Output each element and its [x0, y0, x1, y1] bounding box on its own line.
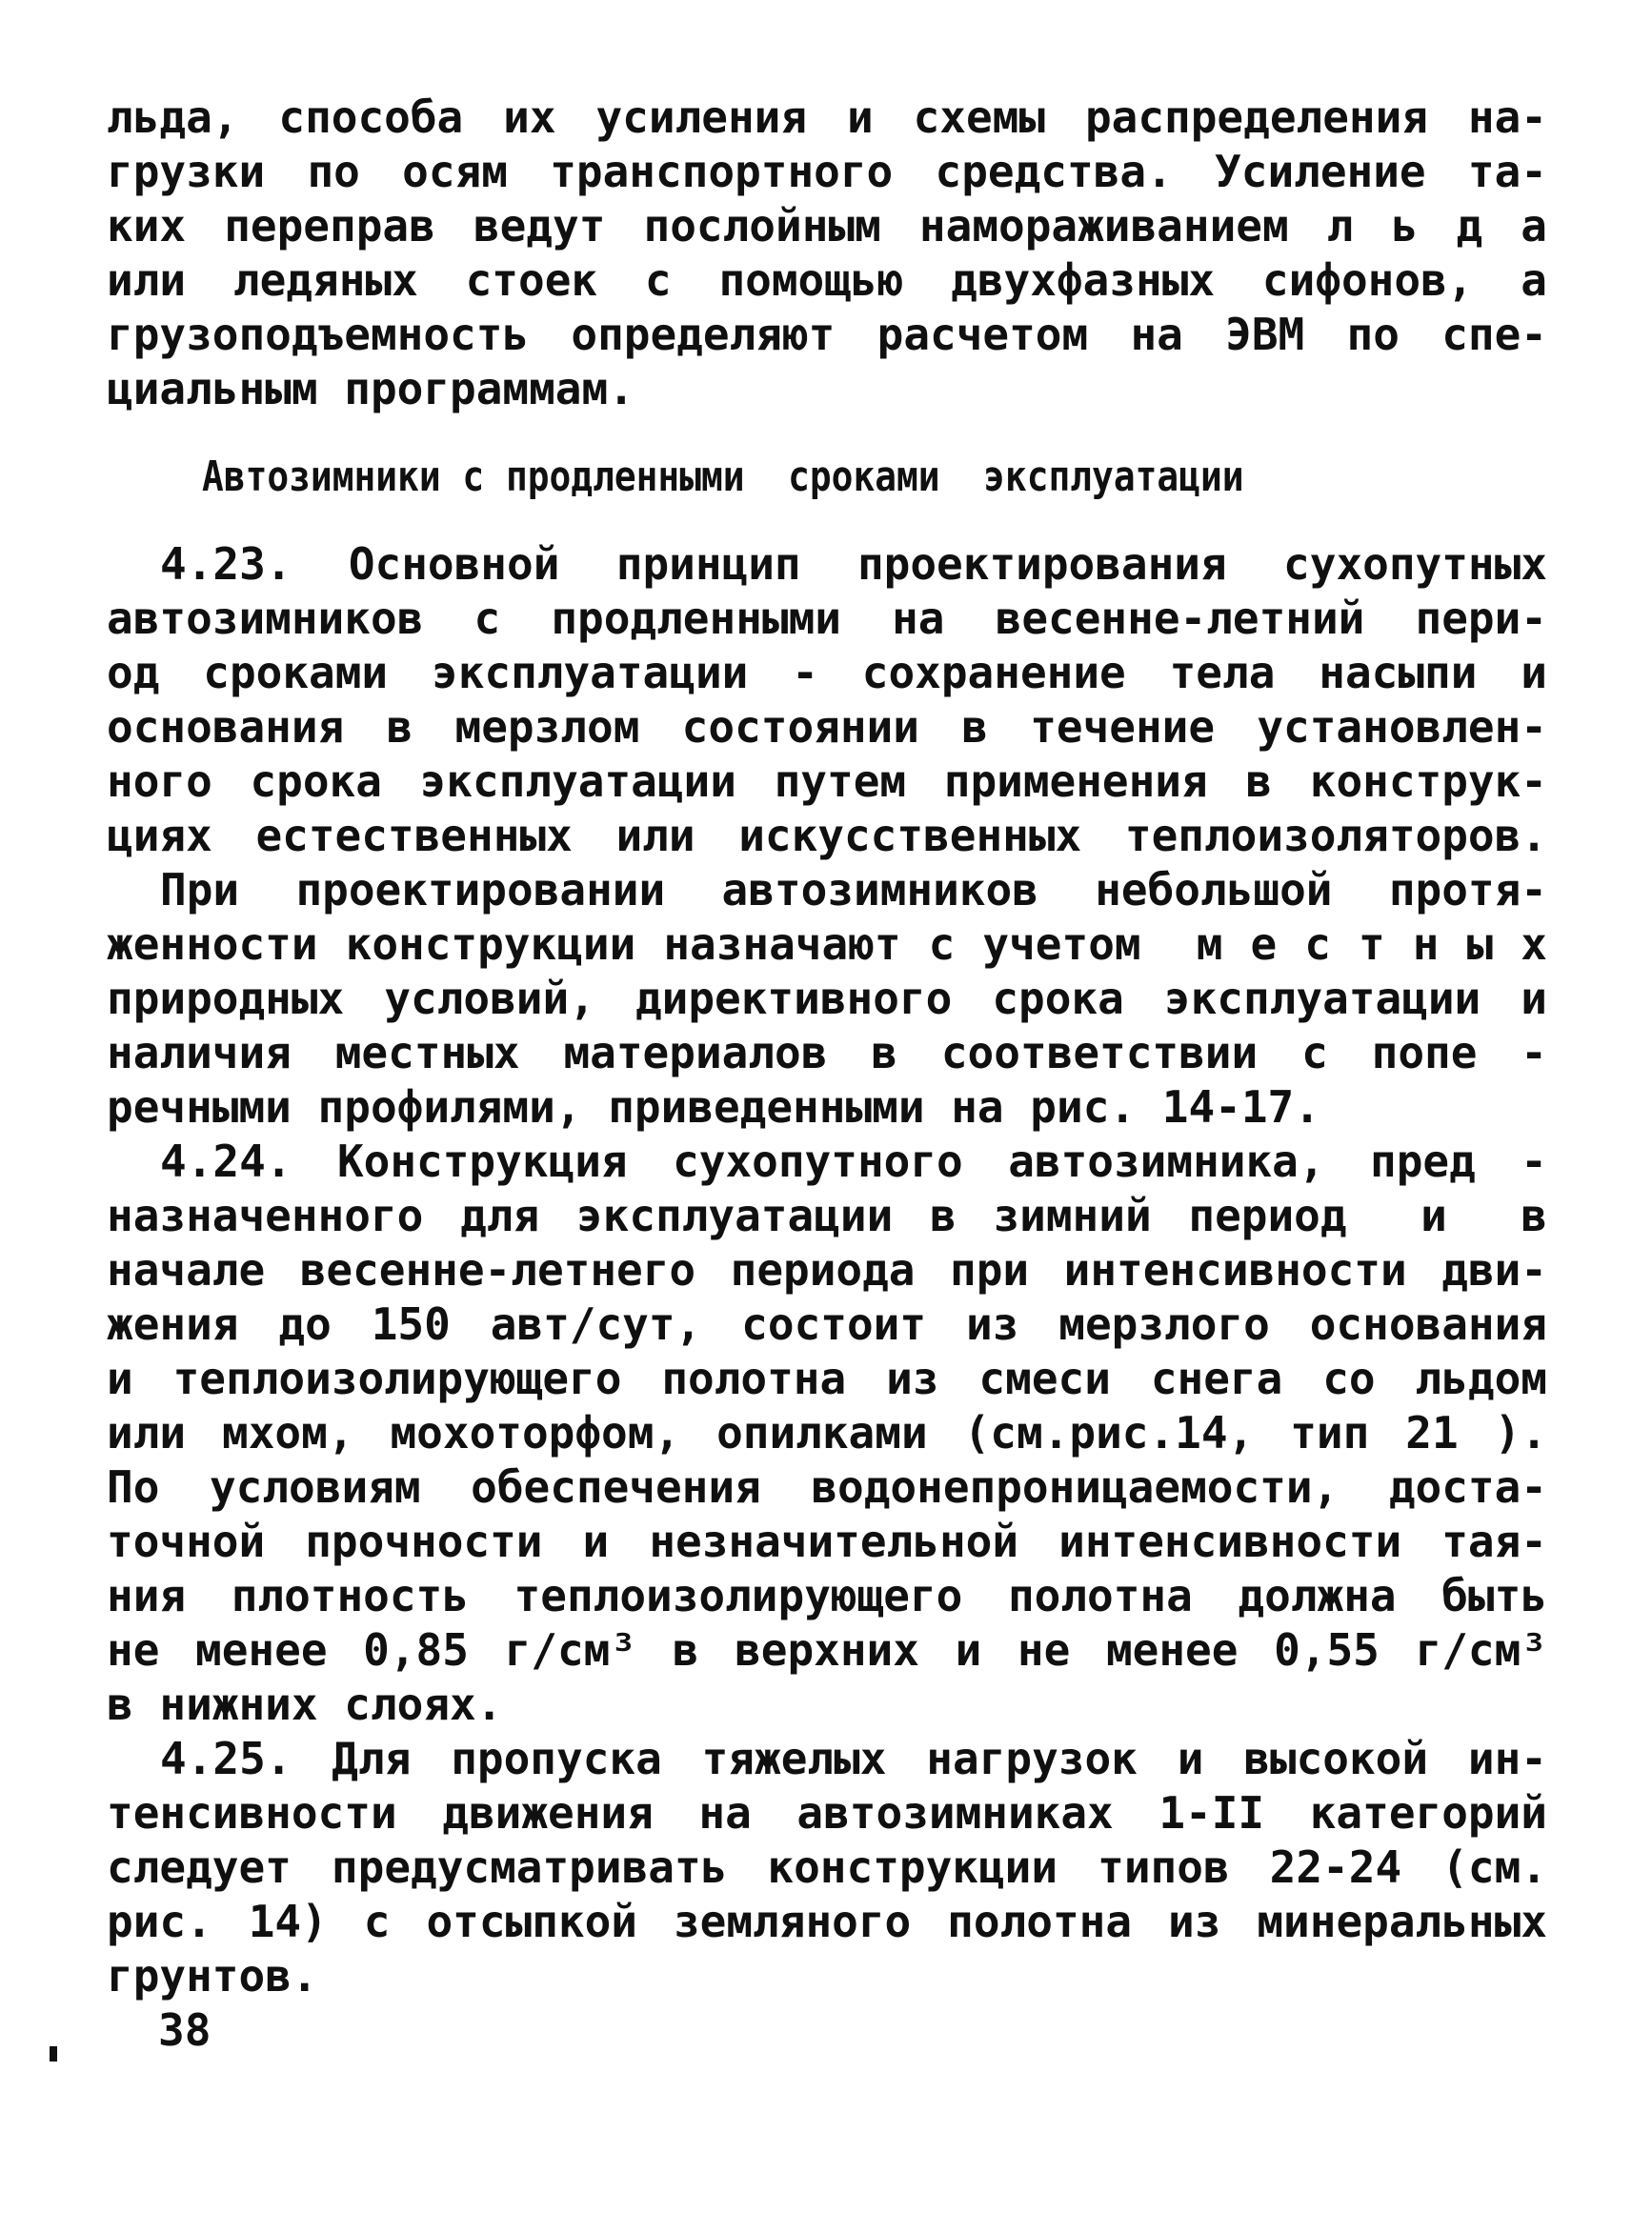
text-line: По условиям обеспечения водонепроницаемо… [107, 1460, 1547, 1515]
paragraph-ice-crossings: льда, способа их усиления и схемы распре… [107, 91, 1547, 416]
text-line: ких переправ ведут послойным намораживан… [107, 199, 1547, 253]
text-line: ного срока эксплуатации путем применения… [107, 754, 1547, 809]
text-line: и теплоизолирующего полотна из смеси сне… [107, 1352, 1547, 1406]
text-line: следует предусматривать конструкции типо… [107, 1841, 1547, 1895]
paragraph-4-25: 4.25. Для пропуска тяжелых нагрузок и вы… [107, 1732, 1547, 2003]
text-line: наличия местных материалов в соответстви… [107, 1026, 1547, 1080]
text-line: 4.25. Для пропуска тяжелых нагрузок и вы… [107, 1732, 1547, 1786]
text-line: или мхом, мохоторфом, опилками (см.рис.1… [107, 1406, 1547, 1460]
text-line: ния плотность теплоизолирующего полотна … [107, 1569, 1547, 1623]
text-line: автозимников с продленными на весенне-ле… [107, 592, 1547, 646]
text-line: женности конструкции назначают с учетом … [107, 917, 1547, 972]
text-line: тенсивности движения на автозимниках 1-I… [107, 1786, 1547, 1841]
text-line: жения до 150 авт/сут, состоит из мерзлог… [107, 1298, 1547, 1352]
text-line: или ледяных стоек с помощью двухфазных с… [107, 253, 1547, 308]
text-line: од сроками эксплуатации - сохранение тел… [107, 646, 1547, 700]
paragraph-4-24: 4.24. Конструкция сухопутного автозимник… [107, 1135, 1547, 1732]
paragraph-4-23: 4.23. Основной принцип проектирования су… [107, 537, 1547, 1135]
text-line: льда, способа их усиления и схемы распре… [107, 91, 1547, 145]
text-line: 4.24. Конструкция сухопутного автозимник… [107, 1135, 1547, 1189]
section-heading: Автозимники с продленными сроками эксплу… [202, 450, 1359, 504]
text-line: При проектировании автозимников небольшо… [107, 863, 1547, 917]
text-line: точной прочности и незначительной интенс… [107, 1515, 1547, 1569]
text-line: рис. 14) с отсыпкой земляного полотна из… [107, 1895, 1547, 1949]
document-page: льда, способа их усиления и схемы распре… [0, 0, 1652, 2233]
text-line: не менее 0,85 г/см³ в верхних и не менее… [107, 1623, 1547, 1678]
text-line: природных условий, директивного срока эк… [107, 972, 1547, 1026]
text-line: грузки по осям транспортного средства. У… [107, 145, 1547, 199]
page-number: 38 [158, 2006, 211, 2054]
text-line: основания в мерзлом состоянии в течение … [107, 700, 1547, 754]
scan-artifact-dot [50, 2046, 57, 2062]
text-line: грузоподъемность определяют расчетом на … [107, 308, 1547, 362]
text-line: циях естественных или искусственных тепл… [107, 809, 1547, 863]
text-line: 4.23. Основной принцип проектирования су… [107, 537, 1547, 592]
text-column: льда, способа их усиления и схемы распре… [107, 91, 1547, 2003]
text-line: назначенного для эксплуатации в зимний п… [107, 1189, 1547, 1243]
text-line: начале весенне-летнего периода при интен… [107, 1243, 1547, 1298]
